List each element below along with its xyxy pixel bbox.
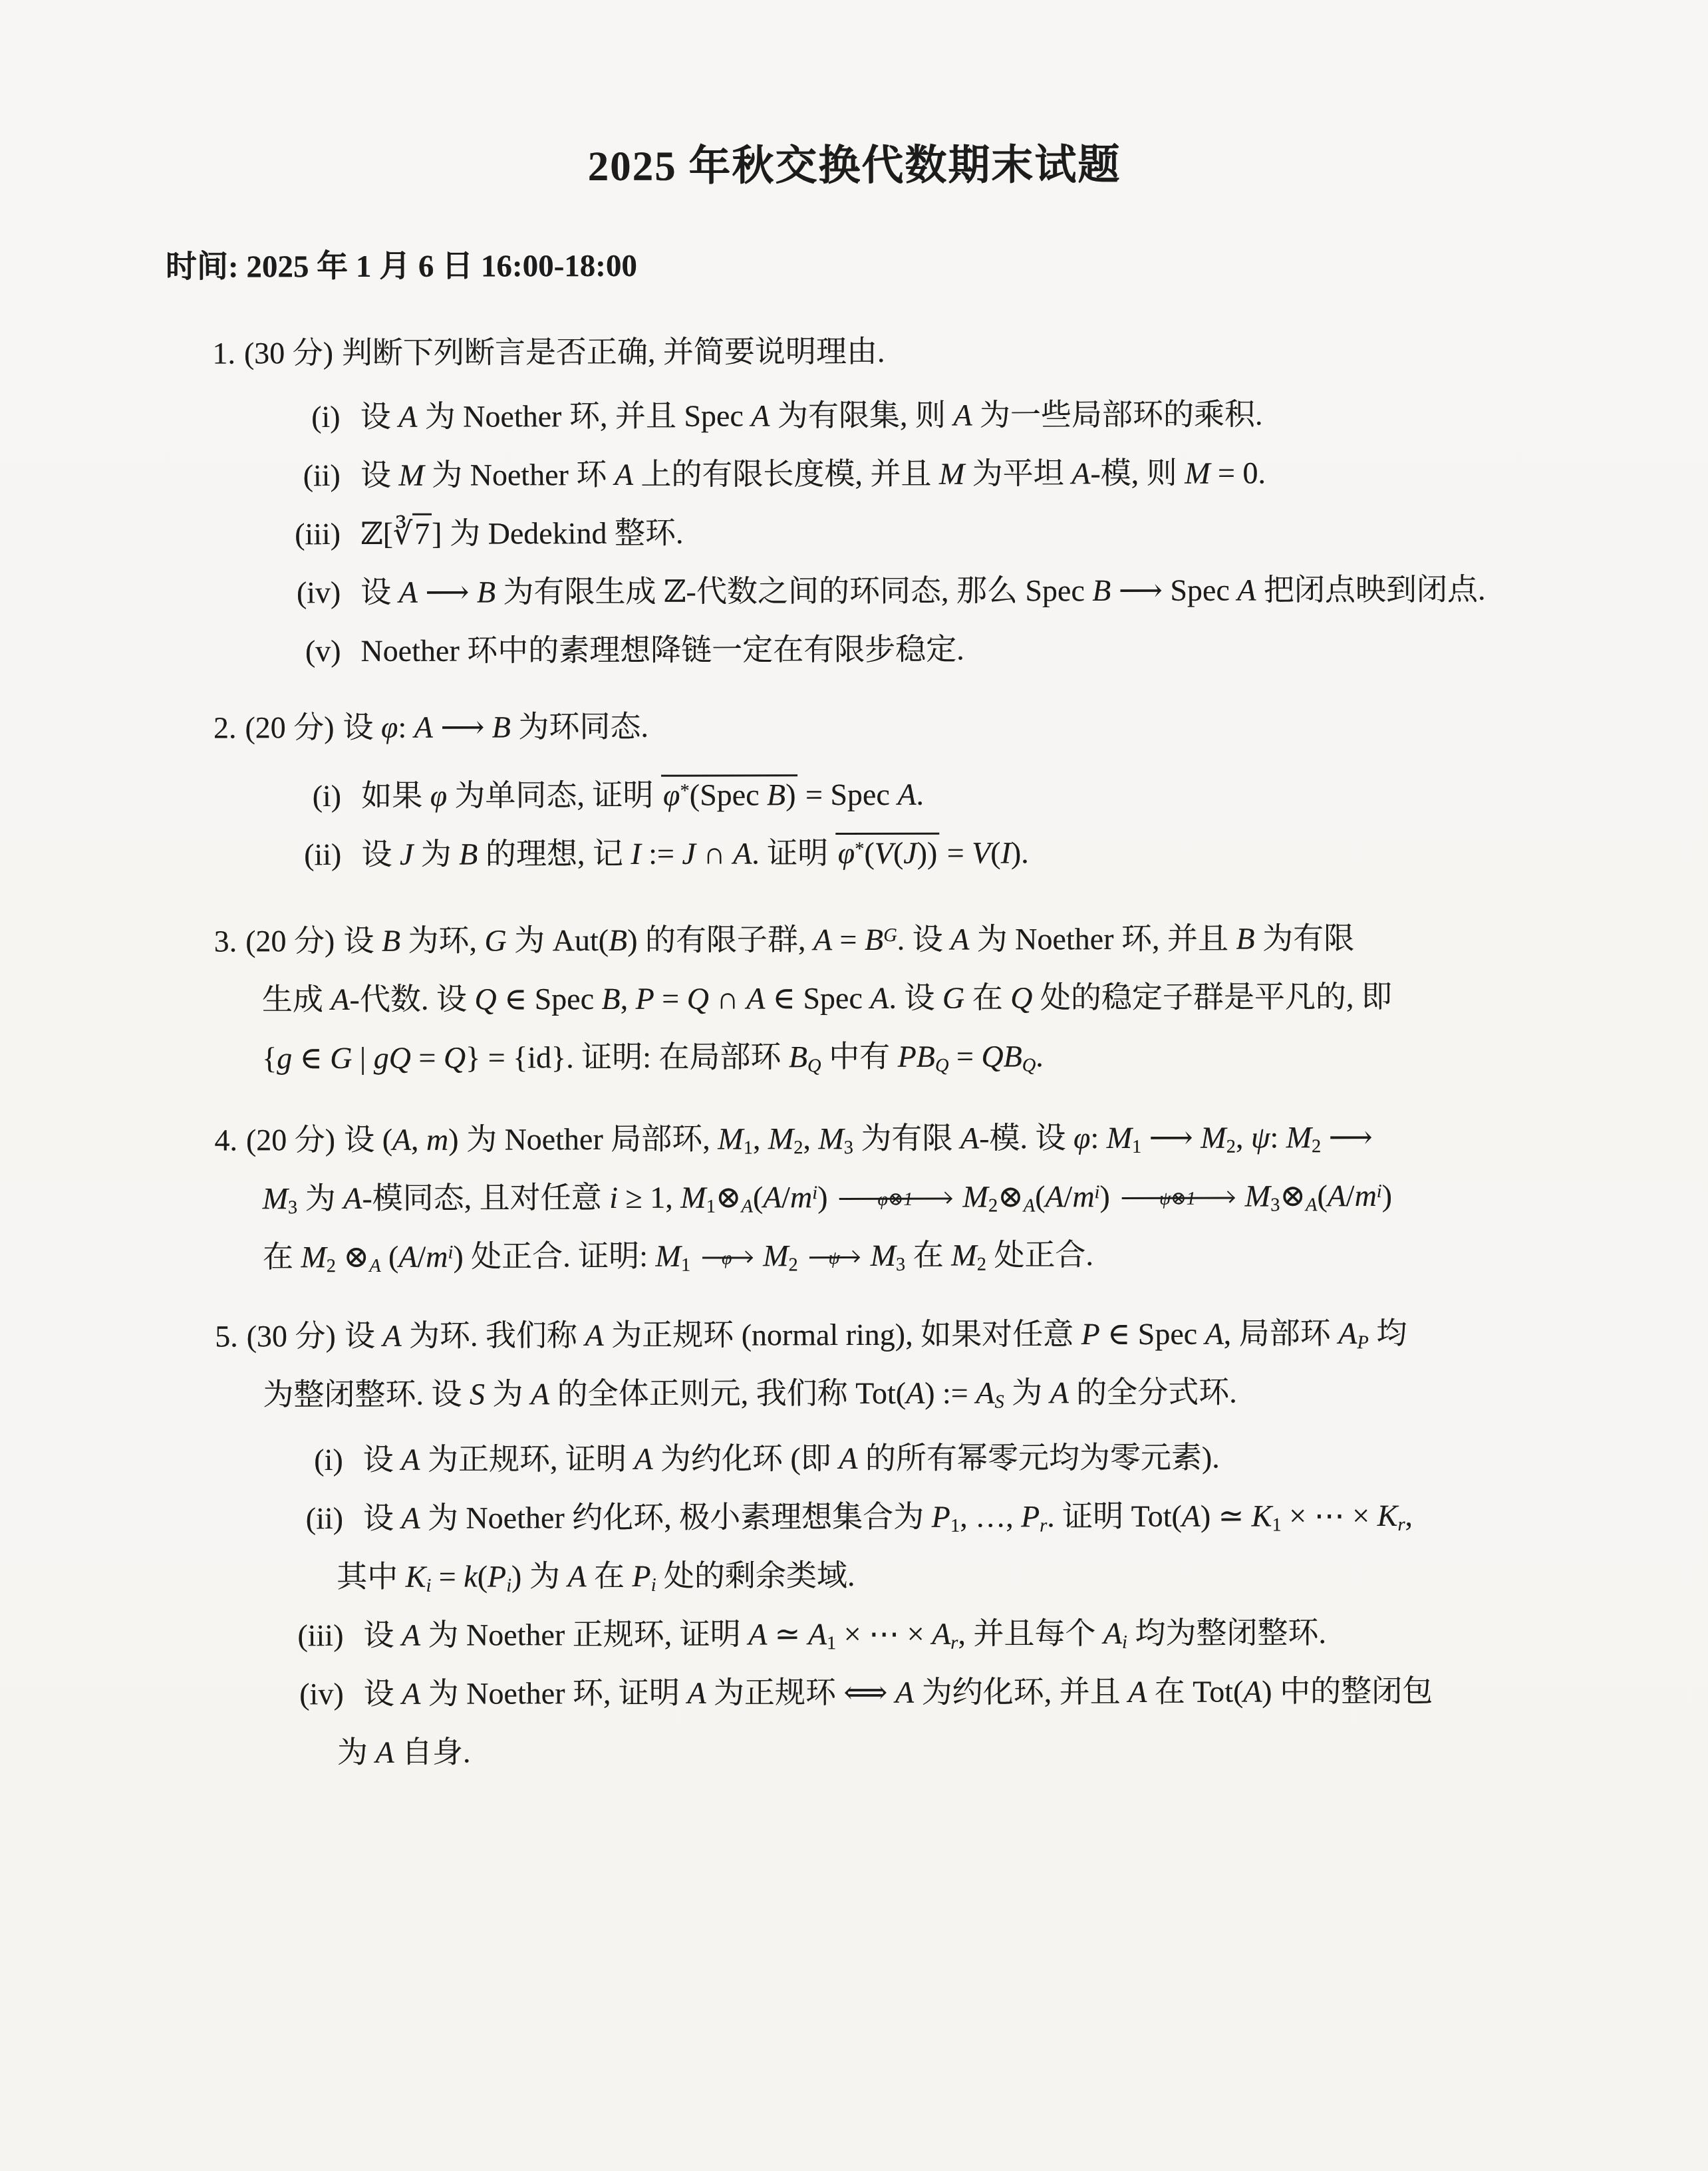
problem-5-item-iv: (iv) 设 A 为 Noether 环, 证明 A 为正规环 ⟺ A 为约化环…: [5, 1662, 1708, 1783]
problem-1-item-ii-label: (ii): [213, 446, 341, 506]
exam-content: 2025 年秋交换代数期末试题 时间: 2025 年 1 月 6 日 16:00…: [0, 0, 1708, 1783]
problem-3-stem-text-1: 设 B 为环, G 为 Aut(B) 的有限子群, A = BG. 设 A 为 …: [343, 921, 1354, 958]
problem-1-item-i-text: 设 A 为 Noether 环, 并且 Spec A 为有限集, 则 A 为一些…: [360, 385, 1263, 446]
problem-1-item-ii-text: 设 M 为 Noether 环 A 上的有限长度模, 并且 M 为平坦 A-模,…: [360, 444, 1266, 505]
problem-5-stem-text-1: 设 A 为环. 我们称 A 为正规环 (normal ring), 如果对任意 …: [345, 1316, 1407, 1353]
problem-1-item-i-label: (i): [213, 388, 341, 447]
problem-1-item-iii-text: ℤ[∛7] 为 Dedekind 整环.: [360, 504, 684, 563]
problem-5-item-i-text: 设 A 为正规环, 证明 A 为约化环 (即 A 的所有幂零元均为零元素).: [363, 1429, 1220, 1489]
problem-5-item-ii-text-1: 设 A 为 Noether 约化环, 极小素理想集合为 P1, …, Pr. 证…: [363, 1487, 1413, 1548]
problem-2-line-1: 2.(20 分)设 φ: A ⟶ B 为环同态.: [2, 695, 1708, 758]
problem-3-line-1: 3.(20 分)设 B 为环, G 为 Aut(B) 的有限子群, A = BG…: [3, 909, 1708, 972]
problem-5-item-iv-text-2: 为 A 自身.: [5, 1720, 1708, 1783]
problem-5-item-ii-text-2: 其中 Ki = k(Pi) 为 A 在 Pi 处的剩余类域.: [4, 1544, 1708, 1608]
problem-1-item-iv-label: (iv): [213, 563, 341, 623]
problem-5-item-ii: (ii) 设 A 为 Noether 约化环, 极小素理想集合为 P1, …, …: [4, 1486, 1708, 1608]
problem-2-stem-text: 设 φ: A ⟶ B 为环同态.: [343, 710, 648, 744]
problem-1-item-iii-label: (iii): [213, 505, 341, 564]
problem-1-item-v-label: (v): [213, 622, 341, 681]
problem-4-number: 4.: [214, 1123, 237, 1157]
problem-1-items: (i) 设 A 为 Noether 环, 并且 Spec A 为有限集, 则 A…: [1, 384, 1708, 682]
problem-5-items: (i) 设 A 为正规环, 证明 A 为约化环 (即 A 的所有幂零元均为零元素…: [4, 1427, 1708, 1783]
problem-1-item-iii: (iii) ℤ[∛7] 为 Dedekind 整环.: [1, 502, 1708, 565]
problem-5-item-iii-text: 设 A 为 Noether 正规环, 证明 A ≃ A1 × ⋯ × Ar, 并…: [363, 1604, 1326, 1665]
problem-1-item-iv-text: 设 A ⟶ B 为有限生成 ℤ-代数之间的环同态, 那么 Spec B ⟶ Sp…: [360, 561, 1485, 622]
problem-4-stem-text-1: 设 (A, m) 为 Noether 局部环, M1, M2, M3 为有限 A…: [344, 1120, 1373, 1157]
problem-1-line-1: 1.(30 分)判断下列断言是否正确, 并简要说明理由.: [1, 321, 1708, 384]
exam-title: 2025 年秋交换代数期末试题: [0, 0, 1708, 192]
problem-1-item-iv: (iv) 设 A ⟶ B 为有限生成 ℤ-代数之间的环同态, 那么 Spec B…: [1, 560, 1708, 623]
problem-5-item-ii-label: (ii): [215, 1489, 343, 1548]
problem-2-item-i: (i) 如果 φ 为单同态, 证明 φ*(Spec B) = Spec A.: [2, 764, 1708, 827]
problem-5-points: (30 分): [247, 1319, 336, 1353]
problem-1-item-v-text: Noether 环中的素理想降链一定在有限步稳定.: [360, 621, 964, 680]
problem-1-item-ii: (ii) 设 M 为 Noether 环 A 上的有限长度模, 并且 M 为平坦…: [1, 443, 1708, 506]
problem-3-number: 3.: [214, 924, 237, 958]
problem-5: 5.(30 分)设 A 为环. 我们称 A 为正规环 (normal ring)…: [3, 1304, 1708, 1783]
problem-3-line-2: 生成 A-代数. 设 Q ∈ Spec B, P = Q ∩ A ∈ Spec …: [3, 967, 1708, 1030]
problem-1-points: (30 分): [244, 336, 333, 370]
problem-5-item-iv-text-1: 设 A 为 Noether 环, 证明 A 为正规环 ⟺ A 为约化环, 并且 …: [364, 1662, 1433, 1723]
problem-5-item-iv-label: (iv): [216, 1665, 344, 1724]
problem-1-stem-text: 判断下列断言是否正确, 并简要说明理由.: [342, 335, 885, 370]
problem-4-line-3: 在 M2 ⊗A (A/mi) 处正合. 证明: M1 φ M2 ψ M3 在 M…: [3, 1225, 1708, 1288]
problem-2-items: (i) 如果 φ 为单同态, 证明 φ*(Spec B) = Spec A. (…: [2, 764, 1708, 885]
problem-5-item-i-label: (i): [215, 1431, 343, 1490]
problem-2-item-i-label: (i): [213, 767, 341, 826]
problem-1-item-v: (v) Noether 环中的素理想降链一定在有限步稳定.: [1, 619, 1708, 682]
problem-2-points: (20 分): [245, 710, 334, 744]
problem-3-points: (20 分): [245, 924, 335, 958]
problem-3-line-3: {g ∈ G | gQ = Q} = {id}. 证明: 在局部环 BQ 中有 …: [3, 1026, 1708, 1089]
problem-2-item-i-text: 如果 φ 为单同态, 证明 φ*(Spec B) = Spec A.: [361, 766, 924, 825]
problem-5-item-i: (i) 设 A 为正规环, 证明 A 为约化环 (即 A 的所有幂零元均为零元素…: [4, 1427, 1708, 1491]
problem-3: 3.(20 分)设 B 为环, G 为 Aut(B) 的有限子群, A = BG…: [3, 909, 1708, 1089]
problem-5-number: 5.: [215, 1319, 238, 1353]
exam-page: 2025 年秋交换代数期末试题 时间: 2025 年 1 月 6 日 16:00…: [0, 0, 1708, 2171]
problem-5-line-2: 为整闭整环. 设 S 为 A 的全体正则元, 我们称 Tot(A) := AS …: [3, 1362, 1708, 1425]
problem-2-item-ii: (ii) 设 J 为 B 的理想, 记 I := J ∩ A. 证明 φ*(V(…: [2, 822, 1708, 885]
problem-2-number: 2.: [213, 710, 237, 744]
problem-2-item-ii-text: 设 J 为 B 的理想, 记 I := J ∩ A. 证明 φ*(V(J)) =…: [361, 823, 1029, 884]
exam-time: 时间: 2025 年 1 月 6 日 16:00-18:00: [166, 246, 1708, 285]
problem-2: 2.(20 分)设 φ: A ⟶ B 为环同态. (i) 如果 φ 为单同态, …: [2, 695, 1708, 885]
problem-5-item-iii-label: (iii): [215, 1606, 343, 1665]
problem-4-line-1: 4.(20 分)设 (A, m) 为 Noether 局部环, M1, M2, …: [3, 1107, 1708, 1171]
problem-5-line-1: 5.(30 分)设 A 为环. 我们称 A 为正规环 (normal ring)…: [3, 1304, 1708, 1367]
problem-1-number: 1.: [212, 336, 235, 370]
problem-5-item-iii: (iii) 设 A 为 Noether 正规环, 证明 A ≃ A1 × ⋯ ×…: [4, 1603, 1708, 1666]
problem-1-item-i: (i) 设 A 为 Noether 环, 并且 Spec A 为有限集, 则 A…: [1, 384, 1708, 448]
problem-1: 1.(30 分)判断下列断言是否正确, 并简要说明理由. (i) 设 A 为 N…: [1, 321, 1708, 682]
problem-2-item-ii-label: (ii): [213, 825, 341, 885]
problem-4-points: (20 分): [246, 1123, 335, 1157]
problem-4-line-2: M3 为 A-模同态, 且对任意 i ≥ 1, M1⊗A(A/mi) φ⊗1 M…: [3, 1166, 1708, 1229]
problem-4: 4.(20 分)设 (A, m) 为 Noether 局部环, M1, M2, …: [3, 1107, 1708, 1288]
